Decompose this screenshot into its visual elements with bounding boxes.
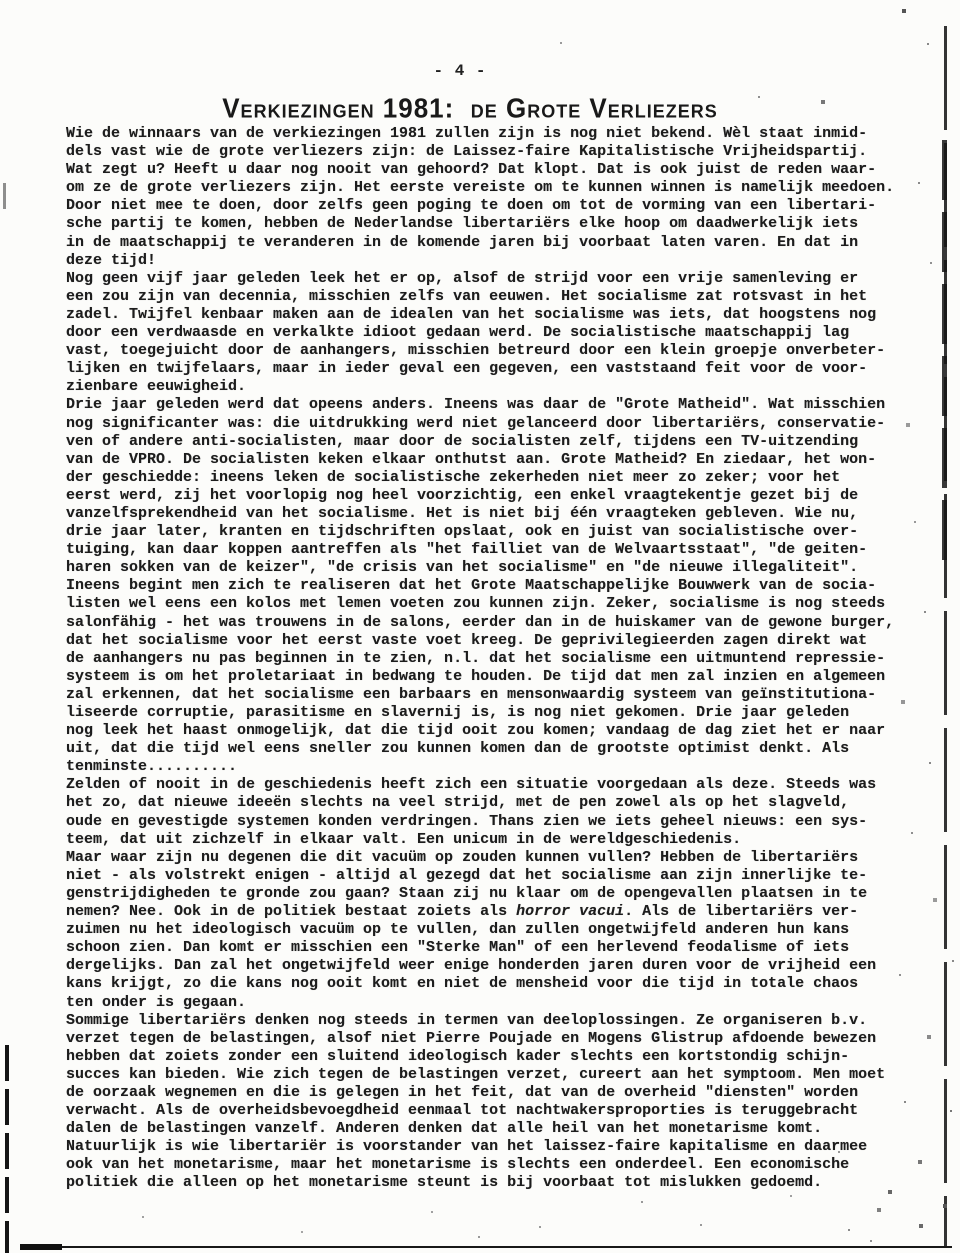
text-line: in de maatschappij te veranderen in de k… xyxy=(66,234,906,252)
text-line: succes kan bieden. Wie zich tegen de bel… xyxy=(66,1066,906,1084)
text-line: van de VPRO. De socialisten keken elkaar… xyxy=(66,451,906,469)
text-line: vast, toegejuicht door de aanhangers, mi… xyxy=(66,342,906,360)
text-line: drie jaar later, kranten en tijdschrifte… xyxy=(66,523,906,541)
text-line: hebben dat zoiets zonder een sluitend id… xyxy=(66,1048,906,1066)
text-line: liseerde corruptie, parasitisme en slave… xyxy=(66,704,906,722)
text-line: ook van het monetarisme, maar het moneta… xyxy=(66,1156,906,1174)
text-line: vanzelfsprekendheid van het socialisme. … xyxy=(66,505,906,523)
page-title: Verkiezingen 1981: de Grote Verliezers xyxy=(0,92,940,125)
text-line: tenminste.......... xyxy=(66,758,906,776)
text-line: Natuurlijk is wie libertariër is voorsta… xyxy=(66,1138,906,1156)
text-line: schoon zien. Dan komt er misschien een "… xyxy=(66,939,906,957)
text-line: dalen de belastingen vanzelf. Anderen de… xyxy=(66,1120,906,1138)
text-line: Door niet mee te doen, door zelfs geen p… xyxy=(66,197,906,215)
text-line: haren sokken van de keizer", "de crisis … xyxy=(66,559,906,577)
text-line: een zou zijn van decennia, misschien zel… xyxy=(66,288,906,306)
text-line: de oorzaak wegnemen en die is gelegen in… xyxy=(66,1084,906,1102)
text-line: lijken en twijfelaars, maar in ieder gev… xyxy=(66,360,906,378)
italic-phrase: horror vacui xyxy=(516,903,624,920)
text-line: Wie de winnaars van de verkiezingen 1981… xyxy=(66,125,906,143)
text-line: zienbare eeuwigheid. xyxy=(66,378,906,396)
scan-artifact-bottom-line-blob xyxy=(20,1244,62,1250)
text-line: der geschiedde: ineens leken de socialis… xyxy=(66,469,906,487)
text-line: zuimen nu het ideologisch vacuüm op te v… xyxy=(66,921,906,939)
text-line: oude en gevestigde systemen konden verdr… xyxy=(66,813,906,831)
scan-artifact-left-edge-line xyxy=(5,1045,9,1253)
text-line: om ze de grote verliezers zijn. Het eers… xyxy=(66,179,906,197)
text-line: systeem is om het proletariaat in bedwan… xyxy=(66,668,906,686)
text-line: kans krijgt, zo die kans nog ooit komt e… xyxy=(66,975,906,993)
text-line: uit, dat die tijd wel eens sneller zou k… xyxy=(66,740,906,758)
text-line: het zo, dat nieuwe ideeën slechts na vee… xyxy=(66,794,906,812)
text-line: eerst werd, zij het voorlopig nog heel v… xyxy=(66,487,906,505)
text-line: zal erkennen, dat het socialisme een bar… xyxy=(66,686,906,704)
text-line: deze tijd! xyxy=(66,252,906,270)
text-line: ten onder is gegaan. xyxy=(66,994,906,1012)
text-line: salonfähig - het was trouwens in de salo… xyxy=(66,614,906,632)
text-line: Nog geen vijf jaar geleden leek het er o… xyxy=(66,270,906,288)
text-line: nog leek het haast onmogelijk, dat die t… xyxy=(66,722,906,740)
text-line: Sommige libertariërs denken nog steeds i… xyxy=(66,1012,906,1030)
text-line: dat het socialisme voor het eerst vaste … xyxy=(66,632,906,650)
document-page: { "page": { "number_label": "- 4 -", "ti… xyxy=(0,0,960,1253)
text-line: nemen? Nee. Ook in de politiek bestaat z… xyxy=(66,903,906,921)
body-text: Wie de winnaars van de verkiezingen 1981… xyxy=(66,125,906,1193)
text-line: dels vast wie de grote verliezers zijn: … xyxy=(66,143,906,161)
text-line: door een verdwaasde en verkalkte idioot … xyxy=(66,324,906,342)
text-line: de aanhangers nu pas beginnen in te zien… xyxy=(66,650,906,668)
text-line: teem, dat uit zichzelf in elkaar valt. E… xyxy=(66,831,906,849)
text-line: zadel. Twijfel kenbaar maken aan de idea… xyxy=(66,306,906,324)
page-number: - 4 - xyxy=(0,62,920,80)
text-line: verzet tegen de belastingen, alsof niet … xyxy=(66,1030,906,1048)
text-line: sche partij te komen, hebben de Nederlan… xyxy=(66,215,906,233)
text-line: Ineens begint men zich te realiseren dat… xyxy=(66,577,906,595)
text-line: niet - als volstrekt enigen - altijd al … xyxy=(66,867,906,885)
text-line: listen wel eens een kolos met lemen voet… xyxy=(66,595,906,613)
text-line: politiek die alleen op het monetarisme s… xyxy=(66,1174,906,1192)
scan-artifact-right-edge-line-thick xyxy=(942,140,947,560)
text-line: verwacht. Als de overheidsbevoegdheid ee… xyxy=(66,1102,906,1120)
text-line: tuiging, kan daar koppen aantreffen als … xyxy=(66,541,906,559)
text-line: dergelijks. Dan zal het ongetwijfeld wee… xyxy=(66,957,906,975)
text-line: Drie jaar geleden werd dat opeens anders… xyxy=(66,396,906,414)
text-line: ven of andere anti-socialisten, maar doo… xyxy=(66,433,906,451)
scan-artifact-bottom-line xyxy=(26,1246,952,1248)
scan-artifact-left-edge-dash xyxy=(3,183,6,209)
text-line: nog significanter was: die uitdrukking w… xyxy=(66,415,906,433)
text-line: genstrijdigheden te gronde zou gaan? Sta… xyxy=(66,885,906,903)
scan-noise xyxy=(0,0,2,2)
text-line: Maar waar zijn nu degenen die dit vacuüm… xyxy=(66,849,906,867)
text-line: Wat zegt u? Heeft u daar nog nooit van g… xyxy=(66,161,906,179)
text-line: Zelden of nooit in de geschiedenis heeft… xyxy=(66,776,906,794)
